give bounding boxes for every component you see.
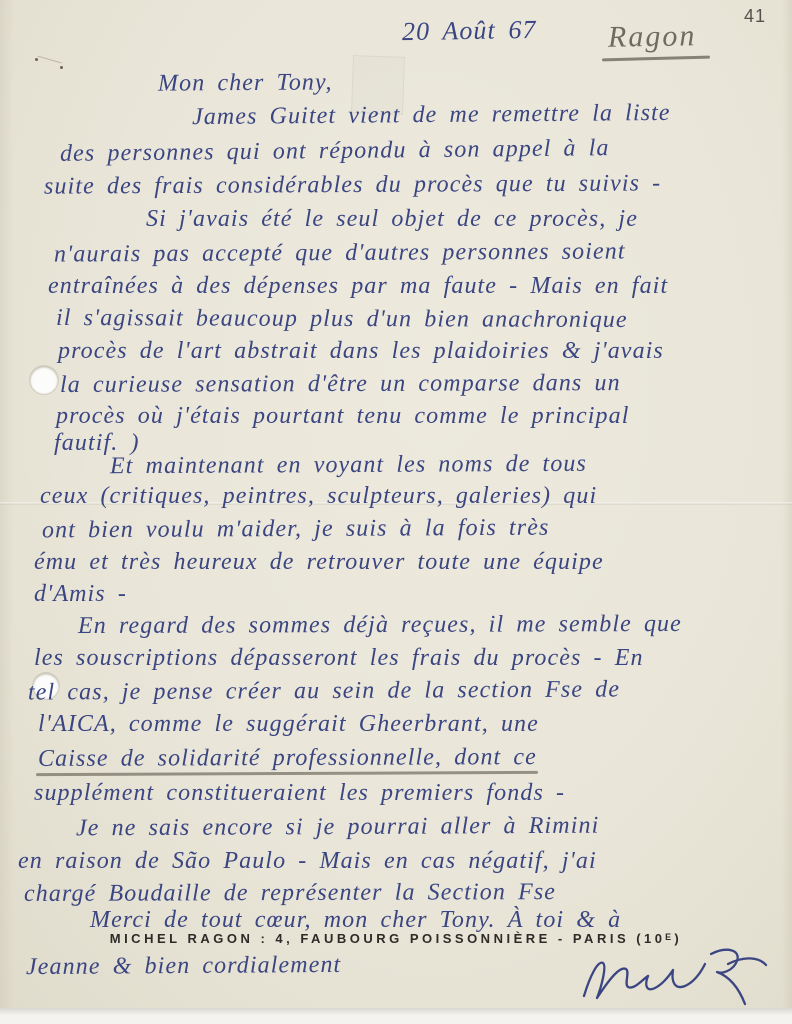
signature	[578, 942, 778, 1008]
handwritten-line: n'aurais pas accepté que d'autres person…	[54, 239, 626, 269]
punch-hole	[30, 366, 58, 394]
archival-note-underline	[602, 56, 710, 62]
handwritten-line: suite des frais considérables du procès …	[44, 170, 661, 200]
handwritten-line: Merci de tout cœur, mon cher Tony. À toi…	[90, 907, 621, 934]
staple-scratch	[37, 56, 61, 64]
handwritten-line: d'Amis -	[34, 581, 127, 608]
handwritten-line: ont bien voulu m'aider, je suis à la foi…	[42, 515, 550, 545]
handwritten-line: ému et très heureux de retrouver toute u…	[34, 549, 604, 576]
page-number: 41	[744, 6, 766, 27]
handwritten-line: la curieuse sensation d'être un comparse…	[60, 370, 621, 399]
handwritten-line: en raison de São Paulo - Mais en cas nég…	[18, 848, 597, 875]
handwritten-line: l'AICA, comme le suggérait Gheerbrant, u…	[38, 711, 539, 738]
salutation: Mon cher Tony,	[158, 69, 333, 97]
staple-mark	[60, 66, 63, 69]
handwritten-line: En regard des sommes déjà reçues, il me …	[78, 611, 682, 640]
handwritten-line: chargé Boudaille de représenter la Secti…	[24, 879, 556, 908]
handwritten-line: procès de l'art abstrait dans les plaido…	[58, 338, 664, 365]
letter-paper: 20 Août 67 Ragon 41 Mon cher Tony, James…	[0, 0, 792, 1008]
signature-scribble	[578, 942, 778, 1008]
handwritten-line: des personnes qui ont répondu à son appe…	[60, 135, 610, 168]
staple-mark	[35, 58, 38, 61]
handwritten-line: les souscriptions dépasseront les frais …	[34, 645, 644, 672]
closing-line: Jeanne & bien cordialement	[26, 952, 341, 981]
archival-note-pencil: Ragon	[608, 19, 697, 55]
handwritten-line: tel cas, je pense créer au sein de la se…	[28, 676, 620, 706]
handwritten-line: il s'agissait beaucoup plus d'un bien an…	[56, 305, 628, 334]
handwritten-line: procès où j'étais pourtant tenu comme le…	[56, 403, 630, 430]
handwritten-line-underlined: Caisse de solidarité professionnelle, do…	[38, 744, 537, 773]
handwritten-line: Je ne sais encore si je pourrai aller à …	[76, 813, 599, 843]
handwritten-line: ceux (critiques, peintres, sculpteurs, g…	[40, 483, 597, 510]
handwritten-line: James Guitet vient de me remettre la lis…	[192, 100, 671, 131]
handwritten-line: supplément constitueraient les premiers …	[34, 780, 565, 807]
handwritten-line: Et maintenant en voyant les noms de tous	[110, 451, 587, 480]
handwritten-line: entraînées à des dépenses par ma faute -…	[48, 273, 668, 300]
letter-date: 20 Août 67	[402, 15, 537, 47]
scan-background	[0, 1008, 792, 1024]
handwritten-line: Si j'avais été le seul objet de ce procè…	[146, 206, 638, 233]
